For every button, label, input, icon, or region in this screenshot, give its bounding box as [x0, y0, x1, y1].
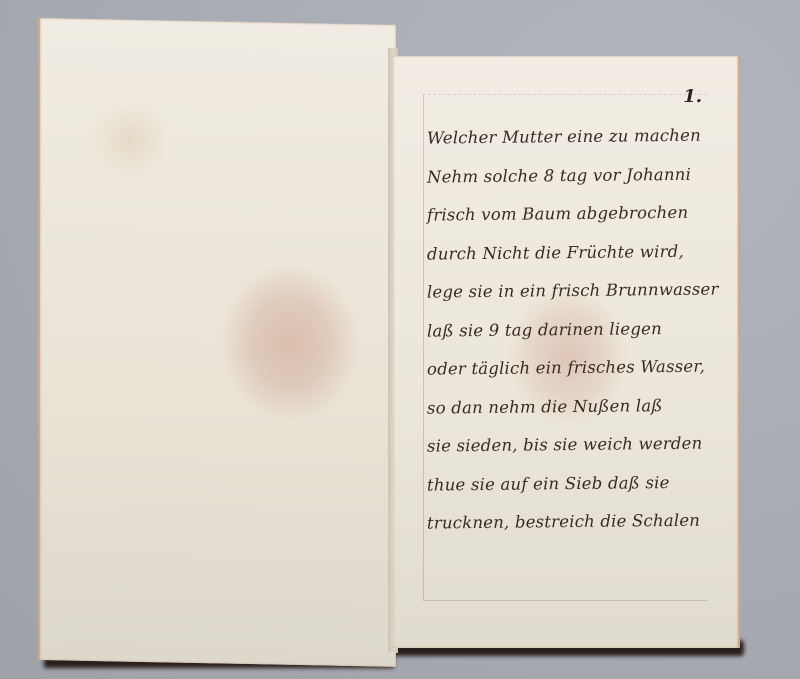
text-line: trucknen, bestreich die Schalen — [427, 501, 727, 543]
text-line: durch Nicht die Früchte wird, — [427, 232, 727, 274]
right-page: 1. Welcher Mutter eine zu machen Nehm so… — [393, 56, 740, 648]
left-page — [38, 18, 396, 667]
text-line: thue sie auf ein Sieb daß sie — [427, 463, 727, 505]
text-line: so dan nehm die Nußen laß — [427, 386, 727, 428]
text-line: oder täglich ein frisches Wasser, — [427, 347, 727, 389]
text-line: Welcher Mutter eine zu machen — [427, 116, 727, 158]
text-line: lege sie in ein frisch Brunnwasser — [427, 270, 727, 312]
page-number: 1. — [683, 86, 702, 107]
text-line: Nehm solche 8 tag vor Johanni — [427, 155, 727, 197]
text-line: sie sieden, bis sie weich werden — [427, 424, 727, 466]
text-line: laß sie 9 tag darinen liegen — [427, 309, 727, 351]
handwritten-text: Welcher Mutter eine zu machen Nehm solch… — [427, 118, 727, 542]
photo-scene: 1. Welcher Mutter eine zu machen Nehm so… — [0, 0, 800, 679]
text-line: frisch vom Baum abgebrochen — [427, 193, 727, 235]
